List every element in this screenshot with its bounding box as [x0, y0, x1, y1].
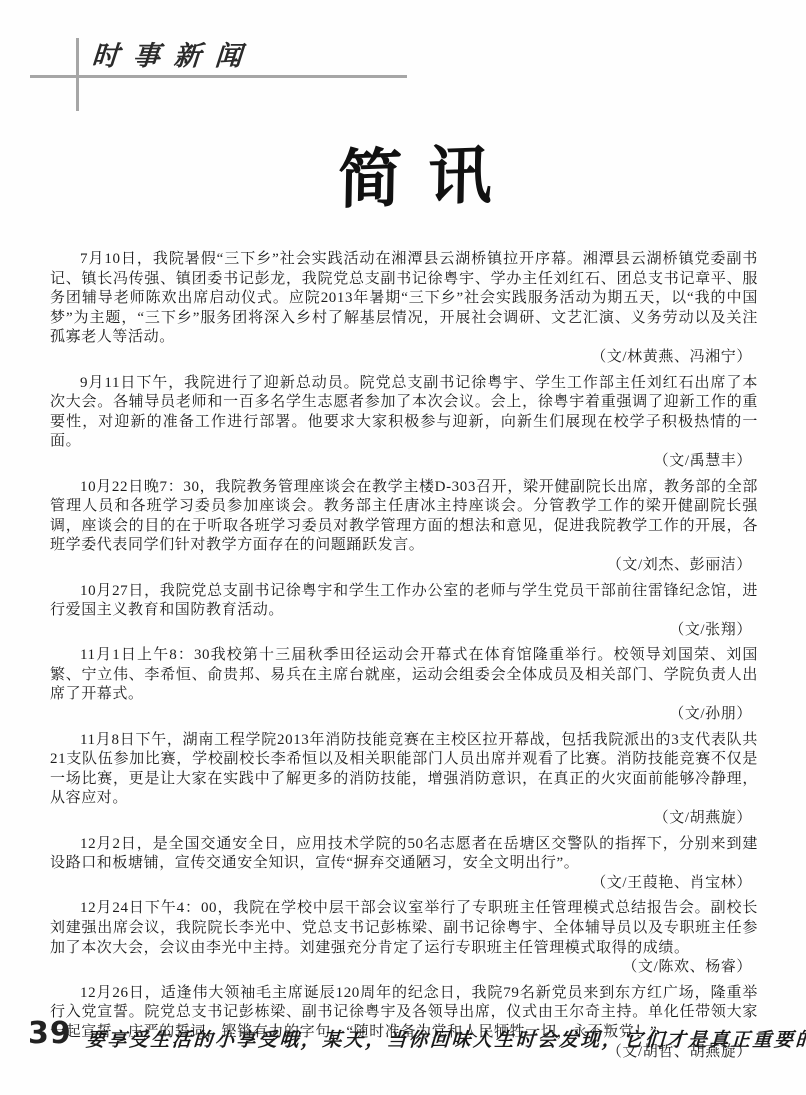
crop-mark-horizontal — [30, 75, 407, 78]
news-item: 9月11日下午，我院进行了迎新总动员。院党总支副书记徐粤宇、学生工作部主任刘红石… — [50, 374, 758, 472]
news-byline: （文/王葭艳、肖宝林） — [50, 874, 758, 894]
news-text: 10月27日，我院党总支副书记徐粤宇和学生工作办公室的老师与学生党员干部前往雷锋… — [50, 582, 758, 621]
news-byline: （文/孙朋） — [50, 705, 758, 725]
news-item: 10月22日晚7：30，我院教务管理座谈会在教学主楼D-303召开，梁开健副院长… — [50, 478, 758, 576]
news-text: 10月22日晚7：30，我院教务管理座谈会在教学主楼D-303召开，梁开健副院长… — [50, 478, 758, 556]
news-text: 9月11日下午，我院进行了迎新总动员。院党总支副书记徐粤宇、学生工作部主任刘红石… — [50, 374, 758, 452]
news-byline: （文/林黄燕、冯湘宁） — [50, 348, 758, 368]
news-briefs-list: 7月10日，我院暑假“三下乡”社会实践活动在湘潭县云湖桥镇拉开序幕。湘潭县云湖桥… — [50, 250, 758, 1068]
news-byline: （文/张翔） — [50, 621, 758, 641]
news-text: 11月1日上午8：30我校第十三届秋季田径运动会开幕式在体育馆隆重举行。校领导刘… — [50, 646, 758, 705]
page-number: 39 — [28, 1016, 72, 1051]
news-text: 12月24日下午4：00，我院在学校中层干部会议室举行了专职班主任管理模式总结报… — [50, 899, 758, 958]
section-label: 时事新闻 — [91, 34, 258, 73]
news-byline: （文/胡燕旋） — [50, 809, 758, 829]
news-text: 11月8日下午，湖南工程学院2013年消防技能竞赛在主校区拉开幕战，包括我院派出… — [50, 731, 758, 809]
page-title: 简讯 — [337, 123, 518, 221]
footer-quote: 要享受生活的小享受哦，某天，当你回味人生时会发现，它们才是真正重要的。 — [85, 1025, 806, 1052]
news-byline: （文/禹慧丰） — [50, 452, 758, 472]
magazine-page: 时事新闻 简讯 7月10日，我院暑假“三下乡”社会实践活动在湘潭县云湖桥镇拉开序… — [0, 0, 806, 1095]
news-item: 11月8日下午，湖南工程学院2013年消防技能竞赛在主校区拉开幕战，包括我院派出… — [50, 731, 758, 829]
news-text: 12月2日，是全国交通安全日，应用技术学院的50名志愿者在岳塘区交警队的指挥下，… — [50, 835, 758, 874]
news-item: 7月10日，我院暑假“三下乡”社会实践活动在湘潭县云湖桥镇拉开序幕。湘潭县云湖桥… — [50, 250, 758, 368]
news-item: 12月2日，是全国交通安全日，应用技术学院的50名志愿者在岳塘区交警队的指挥下，… — [50, 835, 758, 894]
news-byline: （文/陈欢、杨睿） — [50, 958, 758, 978]
news-item: 11月1日上午8：30我校第十三届秋季田径运动会开幕式在体育馆隆重举行。校领导刘… — [50, 646, 758, 724]
news-text: 7月10日，我院暑假“三下乡”社会实践活动在湘潭县云湖桥镇拉开序幕。湘潭县云湖桥… — [50, 250, 758, 348]
news-byline: （文/刘杰、彭丽洁） — [50, 556, 758, 576]
news-item: 10月27日，我院党总支副书记徐粤宇和学生工作办公室的老师与学生党员干部前往雷锋… — [50, 582, 758, 641]
news-item: 12月24日下午4：00，我院在学校中层干部会议室举行了专职班主任管理模式总结报… — [50, 899, 758, 977]
